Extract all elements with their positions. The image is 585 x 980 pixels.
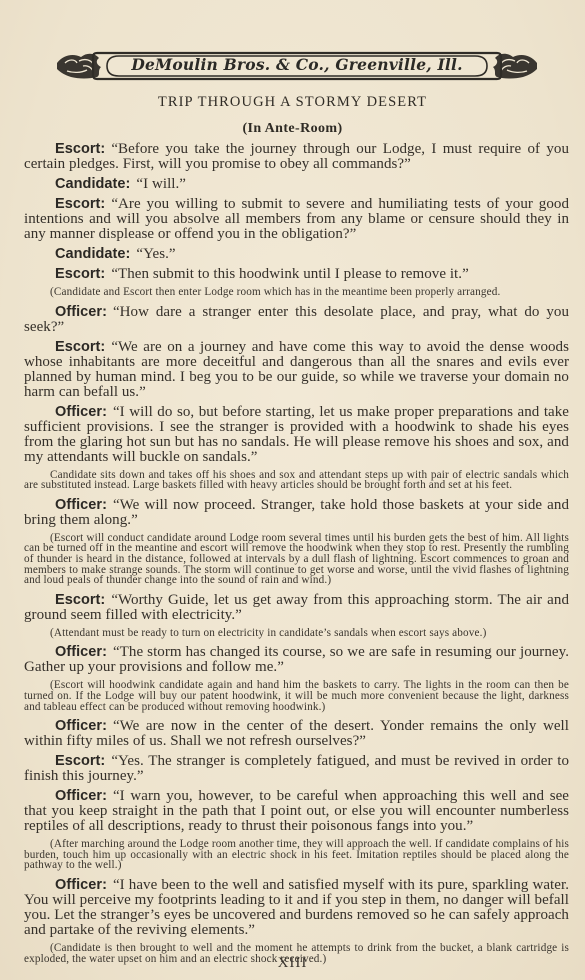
speaker-label: Candidate: <box>55 246 130 262</box>
document-page: DeMoulin Bros. & Co., Greenville, Ill. T… <box>0 0 585 980</box>
stage-direction: (Attendant must be ready to turn on elec… <box>24 628 569 639</box>
stage-direction: Candidate sits down and takes off his sh… <box>24 470 569 491</box>
dialogue-line: Escort:“Worthy Guide, let us get away fr… <box>24 593 569 623</box>
speaker-label: Officer: <box>55 304 107 320</box>
speaker-label: Officer: <box>55 788 107 804</box>
dialogue-text: “Then submit to this hoodwink until I pl… <box>111 266 468 282</box>
speaker-label: Escort: <box>55 753 105 769</box>
dialogue-line: Officer:“We are now in the center of the… <box>24 719 569 749</box>
page-number: XIII <box>0 955 585 972</box>
dialogue-line: Escort:“Before you take the journey thro… <box>24 142 569 172</box>
dialogue-line: Escort:“Then submit to this hoodwink unt… <box>24 267 569 282</box>
speaker-label: Escort: <box>55 592 105 608</box>
page-title: TRIP THROUGH A STORMY DESERT <box>0 94 585 111</box>
speaker-label: Officer: <box>55 497 107 513</box>
dialogue-line: Officer:“I warn you, however, to be care… <box>24 789 569 834</box>
dialogue-text: “Before you take the journey through our… <box>24 141 569 172</box>
publisher-banner: DeMoulin Bros. & Co., Greenville, Ill. <box>57 49 537 83</box>
dialogue-line: Candidate:“Yes.” <box>24 247 569 262</box>
dialogue-line: Officer:“I have been to the well and sat… <box>24 878 569 938</box>
speaker-label: Escort: <box>55 339 105 355</box>
stage-direction: (Escort will conduct candidate around Lo… <box>24 533 569 586</box>
dialogue-text: “Are you willing to submit to severe and… <box>24 196 569 242</box>
page-subtitle: (In Ante-Room) <box>0 121 585 137</box>
stage-direction: (Escort will hoodwink candidate again an… <box>24 680 569 712</box>
dialogue-text: “I will.” <box>136 176 186 192</box>
speaker-label: Officer: <box>55 718 107 734</box>
dialogue-line: Escort:“Are you willing to submit to sev… <box>24 197 569 242</box>
speaker-label: Escort: <box>55 196 105 212</box>
speaker-label: Escort: <box>55 141 105 157</box>
dialogue-line: Candidate:“I will.” <box>24 177 569 192</box>
stage-direction: (After marching around the Lodge room an… <box>24 839 569 871</box>
dialogue-line: Officer:“I will do so, but before starti… <box>24 405 569 465</box>
stage-direction: (Candidate and Escort then enter Lodge r… <box>24 287 569 298</box>
dialogue-text: “Yes.” <box>136 246 175 262</box>
speaker-label: Escort: <box>55 266 105 282</box>
speaker-label: Officer: <box>55 404 107 420</box>
dialogue-text: “We are on a journey and have come this … <box>24 339 569 400</box>
dialogue-text: “Worthy Guide, let us get away from this… <box>24 592 569 623</box>
dialogue-line: Escort:“Yes. The stranger is completely … <box>24 754 569 784</box>
speaker-label: Officer: <box>55 877 107 893</box>
speaker-label: Candidate: <box>55 176 130 192</box>
dialogue-body: Escort:“Before you take the journey thro… <box>24 142 569 971</box>
speaker-label: Officer: <box>55 644 107 660</box>
dialogue-line: Escort:“We are on a journey and have com… <box>24 340 569 400</box>
dialogue-text: “Yes. The stranger is completely fatigue… <box>24 753 569 784</box>
dialogue-line: Officer:“The storm has changed its cours… <box>24 645 569 675</box>
publisher-name: DeMoulin Bros. & Co., Greenville, Ill. <box>123 55 471 74</box>
dialogue-line: Officer:“How dare a stranger enter this … <box>24 305 569 335</box>
dialogue-line: Officer:“We will now proceed. Stranger, … <box>24 498 569 528</box>
